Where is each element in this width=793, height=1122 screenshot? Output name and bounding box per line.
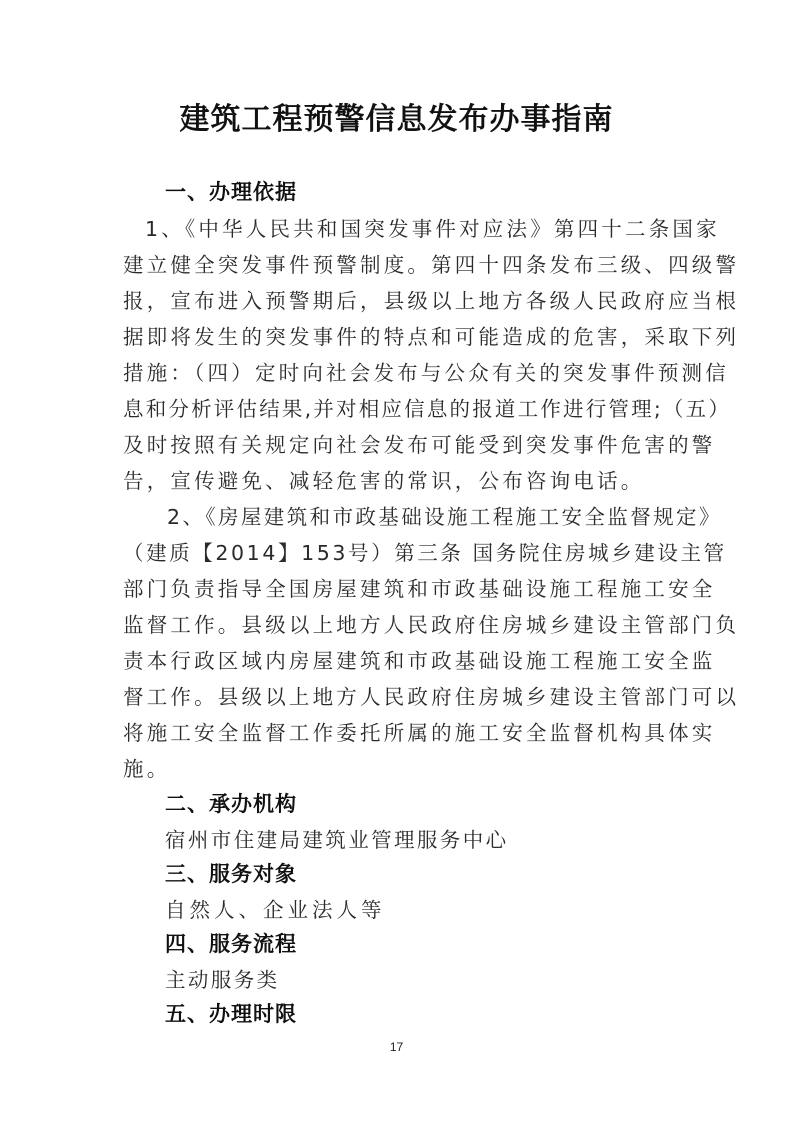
page-number: 17 — [0, 1040, 793, 1054]
paragraph-line: 报，宣布进入预警期后，县级以上地方各级人民政府应当根 — [123, 284, 739, 314]
paragraph-line: 据即将发生的突发事件的特点和可能造成的危害，采取下列 — [123, 320, 739, 350]
paragraph-line: 1、《中华人民共和国突发事件对应法》第四十二条国家 — [145, 212, 720, 242]
section-heading-agency: 二、承办机构 — [165, 788, 297, 818]
section-heading-time-limit: 五、办理时限 — [165, 998, 297, 1028]
paragraph-line: 部门负责指导全国房屋建筑和市政基础设施工程施工安全 — [123, 572, 716, 602]
paragraph-line: 息和分析评估结果,并对相应信息的报道工作进行管理;（五） — [123, 392, 731, 422]
document-page: 建筑工程预警信息发布办事指南 一、办理依据 1、《中华人民共和国突发事件对应法》… — [0, 0, 793, 1122]
paragraph-line: 施。 — [123, 752, 170, 782]
section-content-target: 自然人、企业法人等 — [165, 893, 386, 923]
document-title: 建筑工程预警信息发布办事指南 — [0, 94, 793, 138]
paragraph-line: 将施工安全监督工作委托所属的施工安全监督机构具体实 — [123, 716, 716, 746]
paragraph-line: 监督工作。县级以上地方人民政府住房城乡建设主管部门负 — [123, 608, 739, 638]
paragraph-line: 建立健全突发事件预警制度。第四十四条发布三级、四级警 — [123, 248, 739, 278]
paragraph-line: 2、《房屋建筑和市政基础设施工程施工安全监督规定》 — [167, 500, 722, 530]
paragraph-line: 措施：（四）定时向社会发布与公众有关的突发事件预测信 — [123, 356, 729, 386]
paragraph-line: 督工作。县级以上地方人民政府住房城乡建设主管部门可以 — [123, 680, 739, 710]
section-heading-process: 四、服务流程 — [165, 928, 297, 958]
section-heading-basis: 一、办理依据 — [165, 176, 297, 206]
paragraph-line: 责本行政区域内房屋建筑和市政基础设施工程施工安全监 — [123, 644, 716, 674]
section-content-process: 主动服务类 — [165, 963, 280, 993]
paragraph-line: 告，宣传避免、减轻危害的常识，公布咨询电话。 — [123, 464, 644, 494]
paragraph-line: （建质【2014】153号）第三条 国务院住房城乡建设主管 — [123, 536, 727, 566]
paragraph-line: 及时按照有关规定向社会发布可能受到突发事件危害的警 — [123, 428, 716, 458]
section-heading-target: 三、服务对象 — [165, 858, 297, 888]
section-content-agency: 宿州市住建局建筑业管理服务中心 — [165, 823, 509, 853]
